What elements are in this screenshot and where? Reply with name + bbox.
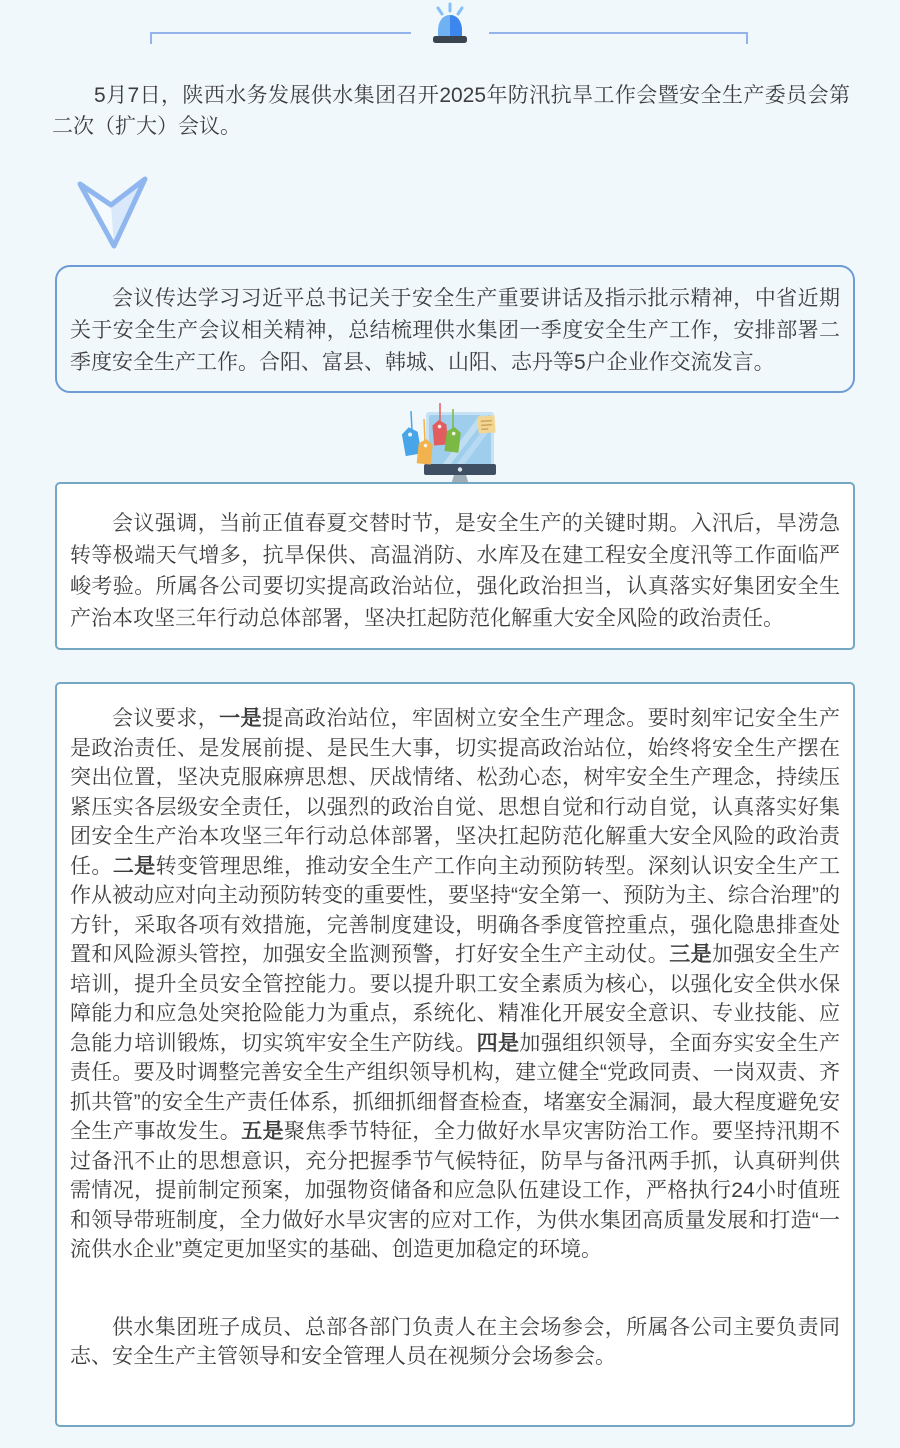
highlight-box-1: 会议传达学习习近平总书记关于安全生产重要讲话及指示批示精神，中省近期关于安全生产… <box>55 265 855 393</box>
monitor-icon-wrap <box>0 401 900 491</box>
monitor-with-tags-icon <box>398 401 502 491</box>
body-text: 提高政治站位，牢固树立安全生产理念。要时刻牢记安全生产是政治责任、是发展前提、是… <box>70 707 840 878</box>
note-icon <box>477 415 495 433</box>
key-points-paragraph: 会议要求，一是提高政治站位，牢固树立安全生产理念。要时刻牢记安全生产是政治责任、… <box>70 704 840 1265</box>
box2-text: 会议强调，当前正值春夏交替时节，是安全生产的关键时期。入汛后，旱涝急转等极端天气… <box>70 508 840 634</box>
emphasis-text: 二是 <box>113 855 156 878</box>
emphasis-text: 一是 <box>219 707 262 730</box>
highlight-box-2: 会议强调，当前正值春夏交替时节，是安全生产的关键时期。入汛后，旱涝急转等极端天气… <box>55 482 855 650</box>
emphasis-text: 四是 <box>477 1032 520 1055</box>
body-text: 会议要求， <box>112 707 219 730</box>
chevron-down-icon <box>73 176 165 252</box>
box1-text: 会议传达学习习近平总书记关于安全生产重要讲话及指示批示精神，中省近期关于安全生产… <box>70 283 840 379</box>
key-points-box: 会议要求，一是提高政治站位，牢固树立安全生产理念。要时刻牢记安全生产是政治责任、… <box>55 682 855 1427</box>
siren-icon-backdrop <box>411 1 489 47</box>
emphasis-text: 三是 <box>669 943 712 966</box>
participants-paragraph: 供水集团班子成员、总部各部门负责人在主会场参会，所属各公司主要负责同志、安全生产… <box>70 1313 840 1372</box>
article-page: 5月7日，陕西水务发展供水集团召开2025年防汛抗旱工作会暨安全生产委员会第二次… <box>0 0 900 1448</box>
emphasis-text: 五是 <box>241 1120 284 1143</box>
intro-paragraph: 5月7日，陕西水务发展供水集团召开2025年防汛抗旱工作会暨安全生产委员会第二次… <box>52 80 850 142</box>
header-icon-wrap <box>0 1 900 52</box>
chevron-divider <box>73 176 165 252</box>
siren-icon <box>427 1 473 47</box>
